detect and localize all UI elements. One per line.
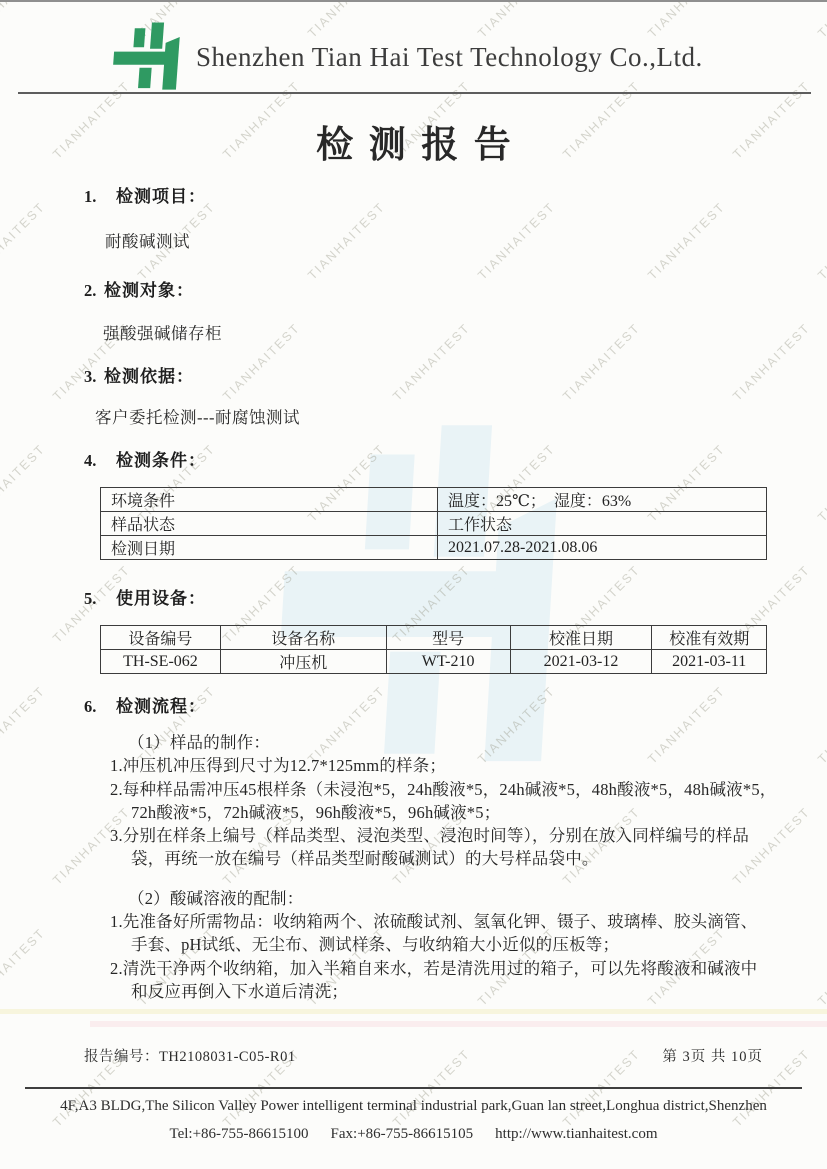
report-number-value: TH2108031-C05-R01	[159, 1049, 296, 1065]
section-1-content: 耐酸碱测试	[105, 228, 190, 252]
equipment-cell: 2021-03-12	[510, 650, 652, 674]
section-1-number: 1.	[84, 187, 116, 207]
report-number-label: 报告编号：	[84, 1049, 159, 1065]
section-1-label: 检测项目：	[116, 187, 206, 206]
section-6-heading: 6.检测流程：	[84, 692, 206, 717]
table-header-row: 设备编号 设备名称 型号 校准日期 校准有效期	[101, 626, 767, 650]
condition-value: 温度：25℃； 湿度：63%	[437, 488, 766, 512]
section-5-label: 使用设备：	[116, 589, 206, 608]
procedure-step-continued: 袋，再统一放在编号（样品类型耐酸碱测试）的大号样品袋中。	[84, 847, 784, 870]
condition-label: 环境条件	[101, 488, 438, 512]
report-title: 检测报告	[0, 114, 827, 168]
section-3-content: 客户委托检测---耐腐蚀测试	[95, 404, 300, 428]
condition-label: 检测日期	[101, 536, 438, 560]
section-5-heading: 5.使用设备：	[84, 584, 206, 609]
section-6-label: 检测流程：	[116, 697, 206, 716]
procedure-step-continued: 72h酸液*5，72h碱液*5，96h酸液*5，96h碱液*5；	[84, 801, 784, 824]
header-divider	[18, 92, 811, 94]
table-row: 环境条件 温度：25℃； 湿度：63%	[101, 488, 767, 512]
section-4-label: 检测条件：	[116, 451, 206, 470]
condition-value: 2021.07.28-2021.08.06	[437, 536, 766, 560]
equipment-header: 设备编号	[101, 626, 221, 650]
section-2-heading: 2.检测对象：	[84, 276, 194, 301]
footer-divider	[25, 1087, 802, 1089]
section-4-heading: 4.检测条件：	[84, 446, 206, 471]
procedure-step: 2.清洗干净两个收纳箱，加入半箱自来水，若是清洗用过的箱子，可以先将酸液和碱液中	[84, 957, 784, 980]
section-2-label: 检测对象：	[104, 281, 194, 300]
table-row: TH-SE-062 冲压机 WT-210 2021-03-12 2021-03-…	[101, 650, 767, 674]
procedure-step: 2.每种样品需冲压45根样条（未浸泡*5，24h酸液*5，24h碱液*5，48h…	[84, 778, 784, 801]
condition-value: 工作状态	[437, 512, 766, 536]
equipment-header: 型号	[386, 626, 510, 650]
equipment-table: 设备编号 设备名称 型号 校准日期 校准有效期 TH-SE-062 冲压机 WT…	[100, 625, 767, 674]
procedure-step: 1.冲压机冲压得到尺寸为12.7*125mm的样条；	[84, 754, 784, 777]
section-5-number: 5.	[84, 589, 116, 609]
procedure-text: （1）样品的制作： 1.冲压机冲压得到尺寸为12.7*125mm的样条； 2.每…	[84, 731, 784, 1003]
procedure-part-title: （1）样品的制作：	[84, 731, 784, 754]
tel-text: Tel:+86-755-86615100	[169, 1126, 308, 1142]
website-text: http://www.tianhaitest.com	[495, 1126, 657, 1142]
section-1-heading: 1.检测项目：	[84, 182, 206, 207]
company-name: Shenzhen Tian Hai Test Technology Co.,Lt…	[196, 42, 703, 73]
company-address: 4F,A3 BLDG,The Silicon Valley Power inte…	[0, 1098, 827, 1115]
procedure-step-continued: 手套、pH试纸、无尘布、测试样条、与收纳箱大小近似的压板等；	[84, 933, 784, 956]
equipment-cell: TH-SE-062	[101, 650, 221, 674]
section-3-heading: 3.检测依据：	[84, 362, 194, 387]
table-row: 检测日期 2021.07.28-2021.08.06	[101, 536, 767, 560]
section-3-number: 3.	[84, 367, 104, 387]
equipment-cell: 冲压机	[220, 650, 386, 674]
procedure-part-title: （2）酸碱溶液的配制：	[84, 887, 784, 910]
page-indicator: 第 3页 共 10页	[662, 1045, 763, 1066]
company-contact: Tel:+86-755-86615100Fax:+86-755-86615105…	[0, 1126, 827, 1143]
condition-label: 样品状态	[101, 512, 438, 536]
section-4-number: 4.	[84, 451, 116, 471]
report-content: Shenzhen Tian Hai Test Technology Co.,Lt…	[0, 0, 827, 1169]
equipment-header: 校准日期	[510, 626, 652, 650]
scan-edge-artifact	[0, 0, 827, 2]
equipment-cell: 2021-03-11	[652, 650, 767, 674]
fax-text: Fax:+86-755-86615105	[331, 1126, 474, 1142]
procedure-step: 1.先准备好所需物品：收纳箱两个、浓硫酸试剂、氢氧化钾、镊子、玻璃棒、胶头滴管、	[84, 910, 784, 933]
company-logo-icon	[111, 21, 187, 94]
table-row: 样品状态 工作状态	[101, 512, 767, 536]
procedure-step: 3.分别在样条上编号（样品类型、浸泡类型、浸泡时间等），分别在放入同样编号的样品	[84, 824, 784, 847]
report-number: 报告编号：TH2108031-C05-R01	[84, 1045, 296, 1066]
equipment-header: 校准有效期	[652, 626, 767, 650]
conditions-table: 环境条件 温度：25℃； 湿度：63% 样品状态 工作状态 检测日期 2021.…	[100, 487, 767, 560]
procedure-step-continued: 和反应再倒入下水道后清洗；	[84, 980, 784, 1003]
section-2-content: 强酸强碱储存柜	[103, 320, 222, 344]
report-page: TIANHAITESTTIANHAITESTTIANHAITESTTIANHAI…	[0, 0, 827, 1169]
equipment-header: 设备名称	[220, 626, 386, 650]
section-6-number: 6.	[84, 697, 116, 717]
equipment-cell: WT-210	[386, 650, 510, 674]
section-2-number: 2.	[84, 281, 104, 301]
section-3-label: 检测依据：	[104, 367, 194, 386]
